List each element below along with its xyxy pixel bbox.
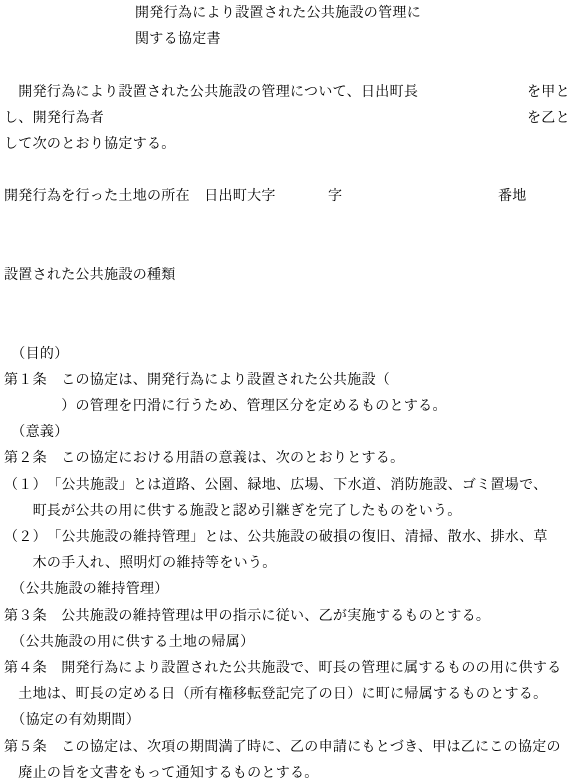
text-line: 土地は、町長の定める日（所有権移転登記完了の日）に町に帰属するものとする。 <box>0 681 581 708</box>
text-segment: を乙と <box>527 105 570 132</box>
text-segment: （１） 「公共施設」とは道路、公園、緑地、広場、下水道、消防施設、ゴミ置場で、 <box>4 472 547 499</box>
text-segment: 第４条 開発行為により設置された公共施設で、町長の管理に属するものの用に供する <box>4 655 561 682</box>
text-line: 木の手入れ、照明灯の維持等をいう。 <box>0 550 581 577</box>
text-line: （協定の有効期間） <box>0 707 581 734</box>
text-line: （２） 「公共施設の維持管理」とは、公共施設の破損の復旧、清掃、散水、排水、草 <box>0 524 581 551</box>
document-page: 開発行為により設置された公共施設の管理に関する協定書 開発行為により設置された公… <box>0 0 581 784</box>
text-segment: 廃止の旨を文書をもって通知するものとする。 <box>4 760 319 784</box>
text-line: 廃止の旨を文書をもって通知するものとする。 <box>0 760 581 784</box>
text-segment: 開発行為を行った土地の所在 日出町大字 <box>4 183 276 210</box>
text-segment: 第１条 この協定は、開発行為により設置された公共施設（ <box>4 367 390 394</box>
text-segment: （公共施設の維持管理） <box>4 576 169 603</box>
text-line: して次のとおり協定する。 <box>0 131 581 158</box>
text-line: 第２条 この協定における用語の意義は、次のとおりとする。 <box>0 445 581 472</box>
text-segment: 土地は、町長の定める日（所有権移転登記完了の日）に町に帰属するものとする。 <box>4 681 547 708</box>
text-line: 開発行為により設置された公共施設の管理について、日出町長を甲と <box>0 79 581 106</box>
text-segment: 木の手入れ、照明灯の維持等をいう。 <box>4 550 277 577</box>
text-segment: 第２条 この協定における用語の意義は、次のとおりとする。 <box>4 445 404 472</box>
text-line: （公共施設の用に供する土地の帰属） <box>0 629 581 656</box>
text-segment: 開発行為により設置された公共施設の管理について、日出町長 <box>4 79 418 106</box>
text-line: 設置された公共施設の種類 <box>0 262 581 289</box>
text-line: ）の管理を円滑に行うため、管理区分を定めるものとする。 <box>0 393 581 420</box>
text-segment: 第３条 公共施設の維持管理は甲の指示に従い、乙が実施するものとする。 <box>4 603 490 630</box>
text-line: 第１条 この協定は、開発行為により設置された公共施設（ <box>0 367 581 394</box>
text-segment: （協定の有効期間） <box>4 707 140 734</box>
text-segment: を甲と <box>527 79 570 106</box>
text-segment: （目的） <box>4 341 69 368</box>
text-line: し、開発行為者を乙と <box>0 105 581 132</box>
text-line: 第５条 この協定は、次項の期間満了時に、乙の申請にもとづき、甲は乙にこの協定の <box>0 734 581 761</box>
text-segment: 開発行為により設置された公共施設の管理に <box>135 0 421 27</box>
text-segment: 字 <box>328 183 342 210</box>
text-line: 第４条 開発行為により設置された公共施設で、町長の管理に属するものの用に供する <box>0 655 581 682</box>
text-segment: して次のとおり協定する。 <box>4 131 176 158</box>
text-segment: 番地 <box>498 183 527 210</box>
text-line: 開発行為により設置された公共施設の管理に <box>0 0 581 27</box>
text-line: 第３条 公共施設の維持管理は甲の指示に従い、乙が実施するものとする。 <box>0 603 581 630</box>
text-line: 関する協定書 <box>0 26 581 53</box>
text-segment: 町長が公共の用に供する施設と認め引継ぎを完了したものをいう。 <box>4 498 462 525</box>
text-segment: 設置された公共施設の種類 <box>4 262 176 289</box>
text-segment: 関する協定書 <box>135 26 221 53</box>
text-segment: （２） 「公共施設の維持管理」とは、公共施設の破損の復旧、清掃、散水、排水、草 <box>4 524 548 551</box>
text-segment: し、開発行為者 <box>4 105 104 132</box>
text-line: （意義） <box>0 419 581 446</box>
text-line: 町長が公共の用に供する施設と認め引継ぎを完了したものをいう。 <box>0 498 581 525</box>
text-segment: （公共施設の用に供する土地の帰属） <box>4 629 254 656</box>
text-segment: ）の管理を円滑に行うため、管理区分を定めるものとする。 <box>4 393 447 420</box>
text-segment: （意義） <box>4 419 69 446</box>
text-line: （公共施設の維持管理） <box>0 576 581 603</box>
text-segment: 第５条 この協定は、次項の期間満了時に、乙の申請にもとづき、甲は乙にこの協定の <box>4 734 561 761</box>
text-line: （１） 「公共施設」とは道路、公園、緑地、広場、下水道、消防施設、ゴミ置場で、 <box>0 472 581 499</box>
text-line: （目的） <box>0 341 581 368</box>
text-line: 開発行為を行った土地の所在 日出町大字字番地 <box>0 183 581 210</box>
